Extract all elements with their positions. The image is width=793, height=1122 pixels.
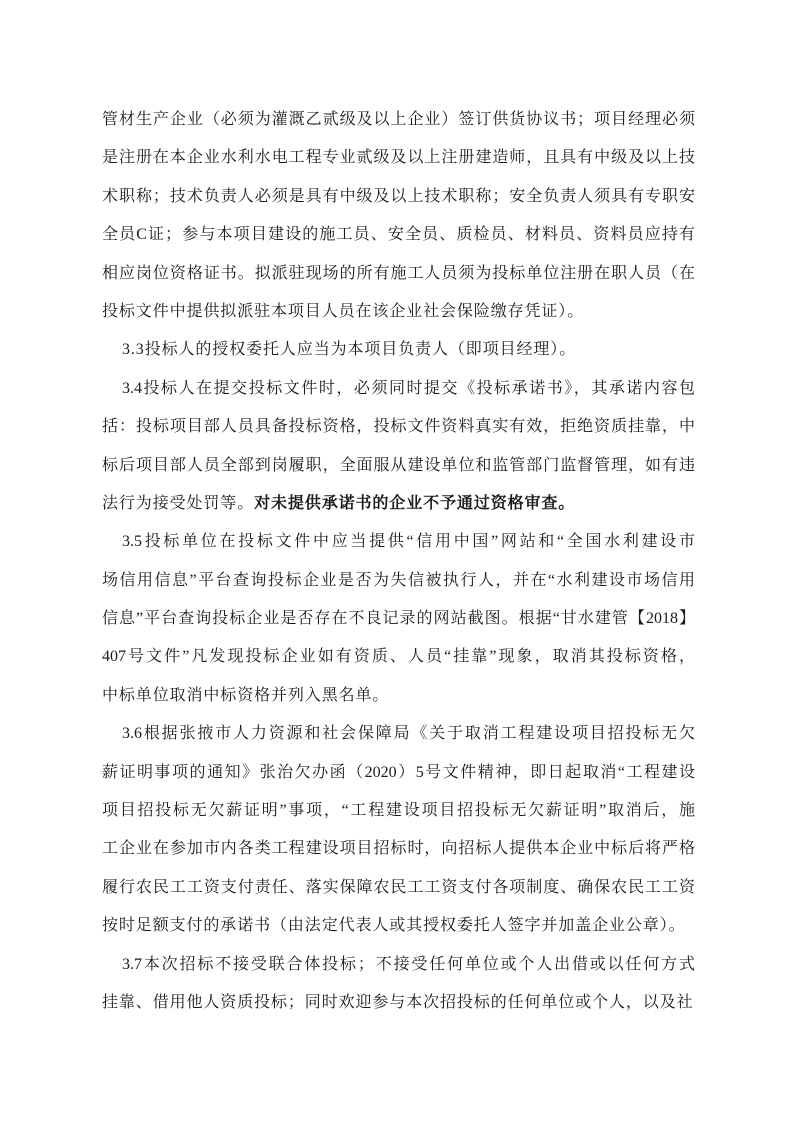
text-line: 投标文件中提供拟派驻本项目人员在该企业社会保险缴存凭证）。 — [102, 293, 695, 331]
text-line: 3.3投标人的授权委托人应当为本项目负责人（即项目经理）。 — [102, 331, 695, 369]
text-line: 履行农民工工资支付责任、落实保障农民工工资支付各项制度、确保农民工工资 — [102, 869, 695, 907]
text-line: 项目招投标无欠薪证明”事项，“工程建设项目招投标无欠薪证明”取消后，施 — [102, 792, 695, 830]
paragraph-3-3: 3.3投标人的授权委托人应当为本项目负责人（即项目经理）。 — [102, 331, 695, 369]
text-line: 按时足额支付的承诺书（由法定代表人或其授权委托人签字并加盖企业公章）。 — [102, 907, 695, 945]
text-line: 3.7本次招标不接受联合体投标；不接受任何单位或个人出借或以任何方式 — [102, 946, 695, 984]
paragraph-3-5: 3.5投标单位在投标文件中应当提供“信用中国”网站和“全国水利建设市场信用信息”… — [102, 523, 695, 715]
text-line: 信息”平台查询投标企业是否存在不良记录的网站截图。根据“甘水建管【2018】 — [102, 600, 695, 638]
text-line: 407号文件”凡发现投标企业如有资质、人员“挂靠”现象，取消其投标资格， — [102, 638, 695, 676]
text-line: 3.5投标单位在投标文件中应当提供“信用中国”网站和“全国水利建设市 — [102, 523, 695, 561]
text-line: 管材生产企业（必须为灌溉乙贰级及以上企业）签订供货协议书；项目经理必须 — [102, 101, 695, 139]
text-line: 术职称；技术负责人必须是具有中级及以上技术职称；安全负责人须具有专职安 — [102, 178, 695, 216]
text-run: 法行为接受处罚等。 — [102, 495, 254, 512]
paragraph-3-4: 3.4投标人在提交投标文件时，必须同时提交《投标承诺书》，其承诺内容包括：投标项… — [102, 370, 695, 524]
text-line: 是注册在本企业水利水电工程专业贰级及以上注册建造师，且具有中级及以上技 — [102, 139, 695, 177]
text-line: 挂靠、借用他人资质投标；同时欢迎参与本次招投标的任何单位或个人，以及社 — [102, 984, 695, 1022]
document-page: 管材生产企业（必须为灌溉乙贰级及以上企业）签订供货协议书；项目经理必须是注册在本… — [0, 0, 793, 1122]
paragraph-qualification-requirements-continued: 管材生产企业（必须为灌溉乙贰级及以上企业）签订供货协议书；项目经理必须是注册在本… — [102, 101, 695, 331]
text-line: 全员C证；参与本项目建设的施工员、安全员、质检员、材料员、资料员应持有 — [102, 216, 695, 254]
text-line: 3.6根据张掖市人力资源和社会保障局《关于取消工程建设项目招投标无欠 — [102, 715, 695, 753]
text-line: 标后项目部人员全部到岗履职，全面服从建设单位和监管部门监督管理，如有违 — [102, 447, 695, 485]
text-line: 3.4投标人在提交投标文件时，必须同时提交《投标承诺书》，其承诺内容包 — [102, 370, 695, 408]
text-line: 工企业在参加市内各类工程建设项目招标时，向招标人提供本企业中标后将严格 — [102, 830, 695, 868]
text-line: 相应岗位资格证书。拟派驻现场的所有施工人员须为投标单位注册在职人员（在 — [102, 255, 695, 293]
paragraph-3-6: 3.6根据张掖市人力资源和社会保障局《关于取消工程建设项目招投标无欠薪证明事项的… — [102, 715, 695, 945]
text-line: 法行为接受处罚等。对未提供承诺书的企业不予通过资格审查。 — [102, 485, 695, 523]
emphasized-text-run: 对未提供承诺书的企业不予通过资格审查。 — [254, 495, 575, 512]
text-line: 薪证明事项的通知》张治欠办函（2020）5号文件精神，即日起取消“工程建设 — [102, 754, 695, 792]
paragraph-3-7: 3.7本次招标不接受联合体投标；不接受任何单位或个人出借或以任何方式挂靠、借用他… — [102, 946, 695, 1023]
text-line: 中标单位取消中标资格并列入黑名单。 — [102, 677, 695, 715]
text-line: 括：投标项目部人员具备投标资格，投标文件资料真实有效，拒绝资质挂靠，中 — [102, 408, 695, 446]
text-line: 场信用信息”平台查询投标企业是否为失信被执行人，并在“水利建设市场信用 — [102, 562, 695, 600]
document-body: 管材生产企业（必须为灌溉乙贰级及以上企业）签订供货协议书；项目经理必须是注册在本… — [102, 101, 695, 1022]
